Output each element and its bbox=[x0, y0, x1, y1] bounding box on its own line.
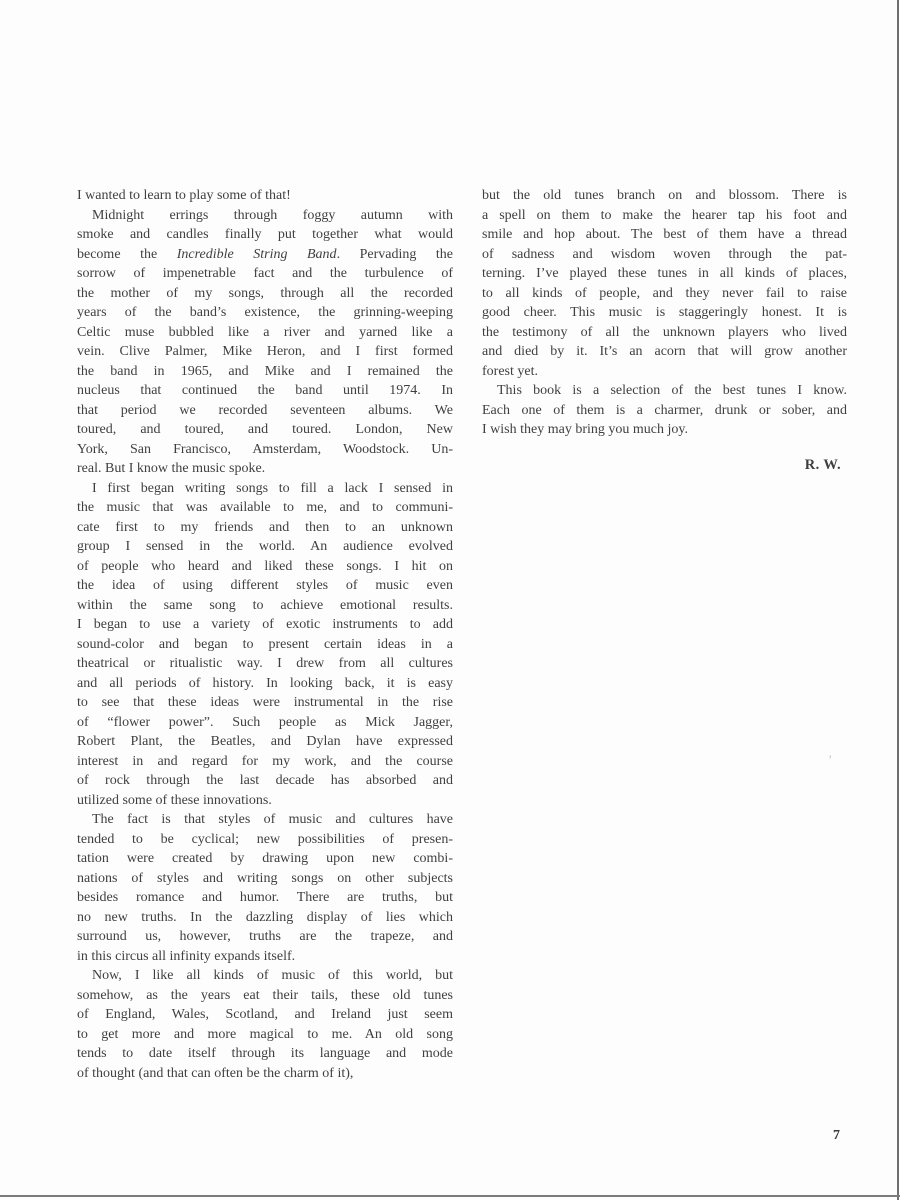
text-line: a spell on them to make the hearer tap h… bbox=[482, 206, 847, 226]
text-line: of thought (and that can often be the ch… bbox=[77, 1064, 453, 1084]
text-line: vein. Clive Palmer, Mike Heron, and I fi… bbox=[77, 342, 453, 362]
text-line: the music that was available to me, and … bbox=[77, 498, 453, 518]
text-line: of England, Wales, Scotland, and Ireland… bbox=[77, 1005, 453, 1025]
paragraph: This book is a selection of the best tun… bbox=[482, 381, 847, 440]
text-line: no new truths. In the dazzling display o… bbox=[77, 908, 453, 928]
paragraph: but the old tunes branch on and blossom.… bbox=[482, 186, 847, 381]
paragraph: I wanted to learn to play some of that! bbox=[77, 186, 453, 206]
text-line: to see that these ideas were instrumenta… bbox=[77, 693, 453, 713]
text-line: somehow, as the years eat their tails, t… bbox=[77, 986, 453, 1006]
text-line: interest in and regard for my work, and … bbox=[77, 752, 453, 772]
text-line: years of the band’s existence, the grinn… bbox=[77, 303, 453, 323]
text-line: surround us, however, truths are the tra… bbox=[77, 927, 453, 947]
text-line: This book is a selection of the best tun… bbox=[482, 381, 847, 401]
text-line: the idea of using different styles of mu… bbox=[77, 576, 453, 596]
paragraph: Now, I like all kinds of music of this w… bbox=[77, 966, 453, 1083]
text-line: tended to be cyclical; new possibilities… bbox=[77, 830, 453, 850]
plain-text: . Pervading the bbox=[337, 247, 453, 262]
scan-edge-right bbox=[897, 0, 899, 1200]
text-line: to get more and more magical to me. An o… bbox=[77, 1025, 453, 1045]
text-line: the testimony of all the unknown players… bbox=[482, 323, 847, 343]
text-line: of people who heard and liked these song… bbox=[77, 557, 453, 577]
text-line: smoke and candles finally put together w… bbox=[77, 225, 453, 245]
text-line: nations of styles and writing songs on o… bbox=[77, 869, 453, 889]
text-line: terning. I’ve played these tunes in all … bbox=[482, 264, 847, 284]
text-line: in this circus all infinity expands itse… bbox=[77, 947, 453, 967]
paragraph: I first began writing songs to fill a la… bbox=[77, 479, 453, 811]
text-line: within the same song to achieve emotiona… bbox=[77, 596, 453, 616]
paragraph: The fact is that styles of music and cul… bbox=[77, 810, 453, 966]
text-line: sound-color and began to present certain… bbox=[77, 635, 453, 655]
text-line: of rock through the last decade has abso… bbox=[77, 771, 453, 791]
text-line: but the old tunes branch on and blossom.… bbox=[482, 186, 847, 206]
text-line: tation were created by drawing upon new … bbox=[77, 849, 453, 869]
text-line: toured, and toured, and toured. London, … bbox=[77, 420, 453, 440]
text-line: become the Incredible String Band. Perva… bbox=[77, 245, 453, 265]
text-line: Now, I like all kinds of music of this w… bbox=[77, 966, 453, 986]
text-line: tends to date itself through its languag… bbox=[77, 1044, 453, 1064]
text-line: besides romance and humor. There are tru… bbox=[77, 888, 453, 908]
page-number: 7 bbox=[833, 1128, 840, 1144]
text-line: the band in 1965, and Mike and I remaine… bbox=[77, 362, 453, 382]
text-line: Robert Plant, the Beatles, and Dylan hav… bbox=[77, 732, 453, 752]
text-line: I wanted to learn to play some of that! bbox=[77, 186, 453, 206]
text-line: utilized some of these innovations. bbox=[77, 791, 453, 811]
text-line: the mother of my songs, through all the … bbox=[77, 284, 453, 304]
text-line: forest yet. bbox=[482, 362, 847, 382]
text-line: York, San Francisco, Amsterdam, Woodstoc… bbox=[77, 440, 453, 460]
text-line: smile and hop about. The best of them ha… bbox=[482, 225, 847, 245]
text-line: and all periods of history. In looking b… bbox=[77, 674, 453, 694]
text-line: Midnight errings through foggy autumn wi… bbox=[77, 206, 453, 226]
document-page: I wanted to learn to play some of that!M… bbox=[0, 0, 900, 1200]
text-line: and died by it. It’s an acorn that will … bbox=[482, 342, 847, 362]
column-left: I wanted to learn to play some of that!M… bbox=[77, 186, 453, 1083]
scan-edge-bottom bbox=[0, 1195, 900, 1197]
stray-mark: ’ bbox=[828, 752, 832, 768]
text-line: I first began writing songs to fill a la… bbox=[77, 479, 453, 499]
text-line: I wish they may bring you much joy. bbox=[482, 420, 847, 440]
column-right: but the old tunes branch on and blossom.… bbox=[482, 186, 847, 474]
text-line: I began to use a variety of exotic instr… bbox=[77, 615, 453, 635]
paragraph: Midnight errings through foggy autumn wi… bbox=[77, 206, 453, 479]
text-line: The fact is that styles of music and cul… bbox=[77, 810, 453, 830]
text-line: good cheer. This music is staggeringly h… bbox=[482, 303, 847, 323]
text-line: of “flower power”. Such people as Mick J… bbox=[77, 713, 453, 733]
text-line: cate first to my friends and then to an … bbox=[77, 518, 453, 538]
text-line: Celtic muse bubbled like a river and yar… bbox=[77, 323, 453, 343]
text-line: to all kinds of people, and they never f… bbox=[482, 284, 847, 304]
text-line: real. But I know the music spoke. bbox=[77, 459, 453, 479]
text-line: Each one of them is a charmer, drunk or … bbox=[482, 401, 847, 421]
text-line: group I sensed in the world. An audience… bbox=[77, 537, 453, 557]
plain-text: become the bbox=[77, 247, 177, 262]
text-line: sorrow of impenetrable fact and the turb… bbox=[77, 264, 453, 284]
author-signature: R. W. bbox=[482, 457, 847, 474]
text-line: theatrical or ritualistic way. I drew fr… bbox=[77, 654, 453, 674]
text-line: nucleus that continued the band until 19… bbox=[77, 381, 453, 401]
text-line: of sadness and wisdom woven through the … bbox=[482, 245, 847, 265]
text-line: that period we recorded seventeen albums… bbox=[77, 401, 453, 421]
italic-text: Incredible String Band bbox=[177, 247, 337, 262]
